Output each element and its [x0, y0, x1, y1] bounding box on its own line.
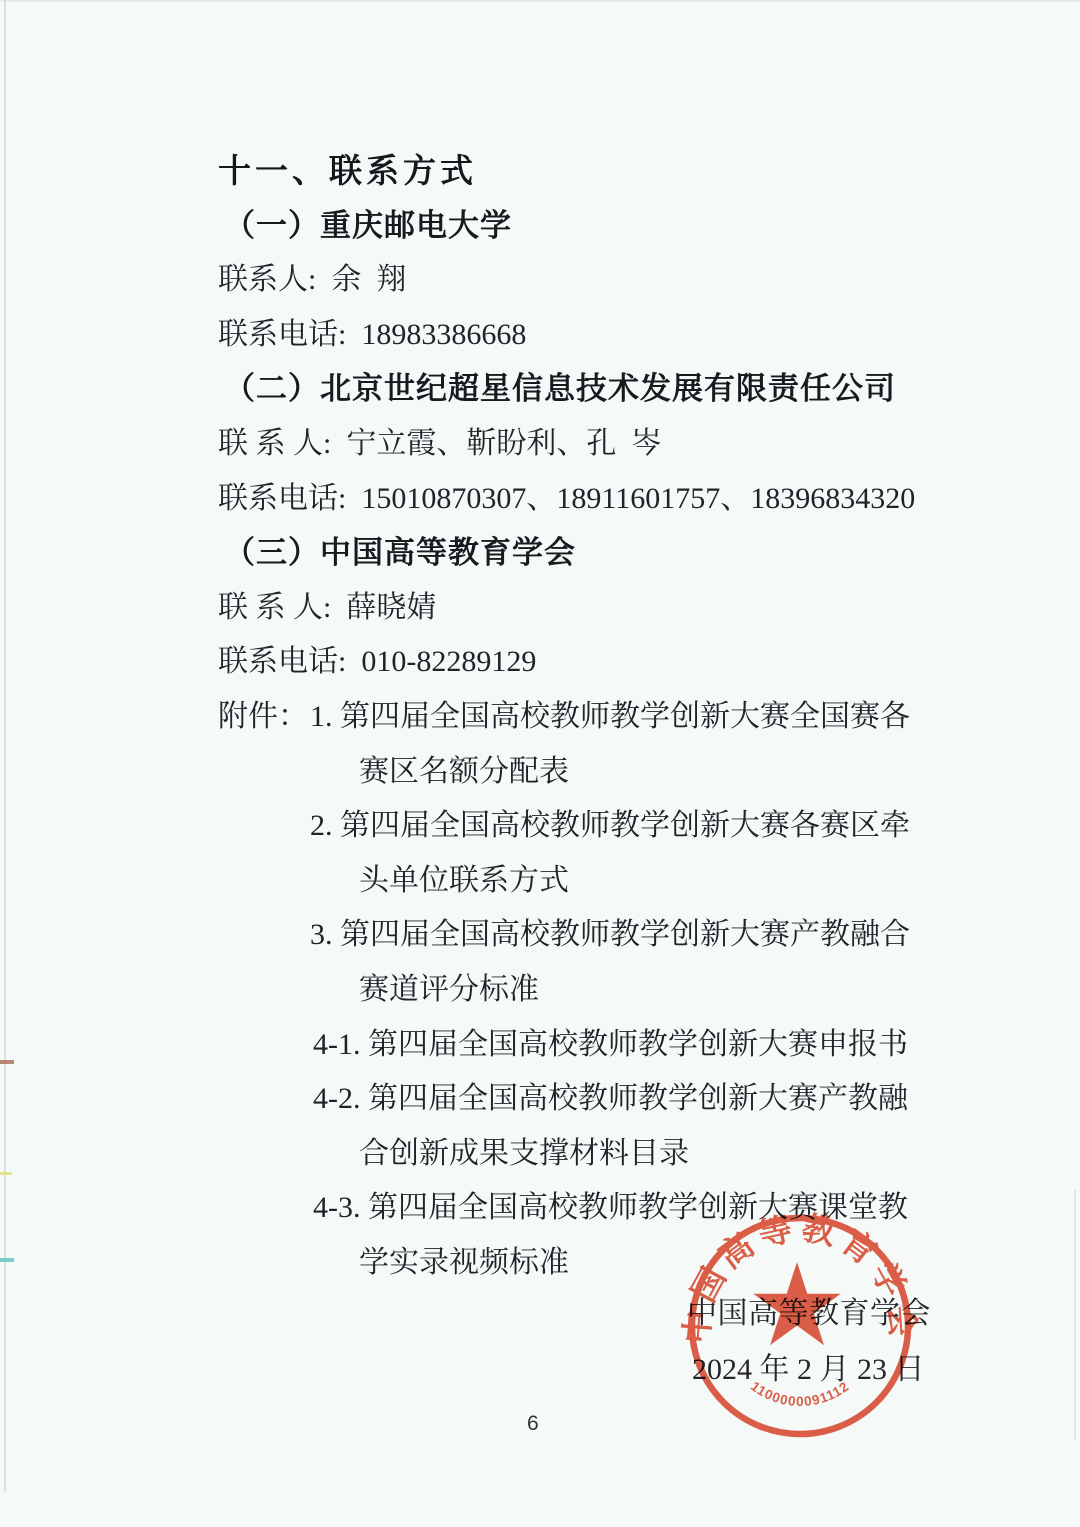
attachment-1-line-1: 1. 第四届全国高校教师教学创新大赛全国赛各	[310, 700, 910, 733]
attachment-4-2-line-2: 合创新成果支撑材料目录	[218, 1127, 958, 1182]
attachment-4-2-line-1: 4-2. 第四届全国高校教师教学创新大赛产教融	[218, 1072, 958, 1127]
subsection-1-contact: 联系人: 余 翔	[218, 253, 958, 308]
scan-edge-right	[1074, 1190, 1076, 1440]
scan-artifact-yellow	[0, 1172, 12, 1175]
subsection-3-phone: 联系电话: 010-82289129	[218, 635, 958, 690]
document-body: 十一、联系方式 （一）重庆邮电大学 联系人: 余 翔 联系电话: 1898338…	[218, 144, 958, 1290]
scan-artifact-teal	[0, 1258, 14, 1262]
subsection-1-title: （一）重庆邮电大学	[218, 199, 958, 254]
attachment-3-line-1: 3. 第四届全国高校教师教学创新大赛产教融合	[218, 908, 958, 963]
scan-edge-left	[4, 0, 6, 1492]
attachment-4-1: 4-1. 第四届全国高校教师教学创新大赛申报书	[218, 1018, 958, 1073]
attachment-1-line-2: 赛区名额分配表	[218, 745, 958, 800]
subsection-2-contact: 联 系 人: 宁立霞、靳盼利、孔 岑	[218, 417, 958, 472]
attachment-2-line-2: 头单位联系方式	[218, 854, 958, 909]
attachment-3-line-2: 赛道评分标准	[218, 963, 958, 1018]
subsection-3-contact: 联 系 人: 薛晓婧	[218, 581, 958, 636]
star-icon	[753, 1262, 840, 1345]
official-seal: 中国高等教育学会 1100000091112	[678, 1204, 922, 1448]
document-page: 十一、联系方式 （一）重庆邮电大学 联系人: 余 翔 联系电话: 1898338…	[0, 0, 1080, 1527]
subsection-2-title: （二）北京世纪超星信息技术发展有限责任公司	[218, 362, 958, 417]
attachments-line-1: 附件：1. 第四届全国高校教师教学创新大赛全国赛各	[218, 690, 958, 745]
scan-edge-top	[0, 0, 1080, 2]
page-number: 6	[527, 1412, 539, 1436]
subsection-2-phone: 联系电话: 15010870307、18911601757、1839683432…	[218, 472, 958, 527]
section-heading: 十一、联系方式	[218, 144, 958, 199]
attachments-label: 附件：	[218, 690, 310, 745]
subsection-1-phone: 联系电话: 18983386668	[218, 308, 958, 363]
seal-serial-number: 1100000091112	[748, 1378, 852, 1409]
attachment-2-line-1: 2. 第四届全国高校教师教学创新大赛各赛区牵	[218, 799, 958, 854]
subsection-3-title: （三）中国高等教育学会	[218, 526, 958, 581]
scan-artifact-red	[0, 1060, 14, 1064]
